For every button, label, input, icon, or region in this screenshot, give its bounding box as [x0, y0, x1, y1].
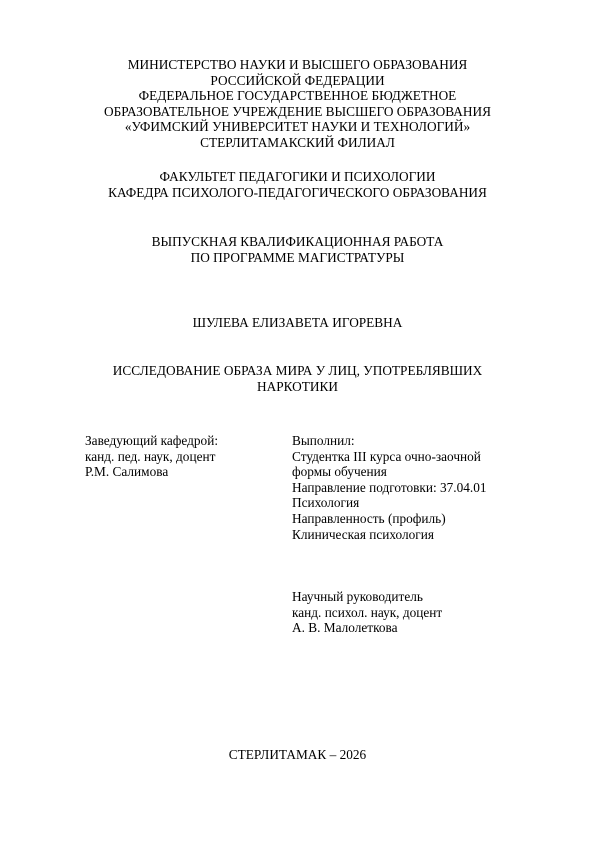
hod-degree: канд. пед. наук, доцент — [85, 449, 218, 465]
head-of-department-block: Заведующий кафедрой: канд. пед. наук, до… — [85, 433, 218, 480]
work-type-line: ПО ПРОГРАММЕ МАГИСТРАТУРЫ — [0, 250, 595, 266]
header-line: МИНИСТЕРСТВО НАУКИ И ВЫСШЕГО ОБРАЗОВАНИЯ — [0, 57, 595, 73]
header-line: «УФИМСКИЙ УНИВЕРСИТЕТ НАУКИ И ТЕХНОЛОГИЙ… — [0, 119, 595, 135]
performed-line: Клиническая психология — [292, 527, 487, 543]
header-line: СТЕРЛИТАМАКСКИЙ ФИЛИАЛ — [0, 135, 595, 151]
author-name: ШУЛЕВА ЕЛИЗАВЕТА ИГОРЕВНА — [0, 315, 595, 331]
city-year-footer: СТЕРЛИТАМАК – 2026 — [0, 747, 595, 763]
faculty-line: ФАКУЛЬТЕТ ПЕДАГОГИКИ И ПСИХОЛОГИИ — [0, 169, 595, 185]
header-line: ФЕДЕРАЛЬНОЕ ГОСУДАРСТВЕННОЕ БЮДЖЕТНОЕ — [0, 88, 595, 104]
title-line: ИССЛЕДОВАНИЕ ОБРАЗА МИРА У ЛИЦ, УПОТРЕБЛ… — [0, 363, 595, 379]
supervisor-label: Научный руководитель — [292, 589, 442, 605]
performed-line: Студентка III курса очно-заочной — [292, 449, 487, 465]
hod-label: Заведующий кафедрой: — [85, 433, 218, 449]
performed-line: Направление подготовки: 37.04.01 — [292, 480, 487, 496]
supervisor-block: Научный руководитель канд. психол. наук,… — [292, 589, 442, 636]
work-type-line: ВЫПУСКНАЯ КВАЛИФИКАЦИОННАЯ РАБОТА — [0, 234, 595, 250]
performed-label: Выполнил: — [292, 433, 487, 449]
performed-line: Направленность (профиль) — [292, 511, 487, 527]
performed-line: Психология — [292, 495, 487, 511]
performed-by-block: Выполнил: Студентка III курса очно-заочн… — [292, 433, 487, 542]
faculty-block: ФАКУЛЬТЕТ ПЕДАГОГИКИ И ПСИХОЛОГИИ КАФЕДР… — [0, 169, 595, 200]
supervisor-name: А. В. Малолеткова — [292, 620, 442, 636]
hod-name: Р.М. Салимова — [85, 464, 218, 480]
header-line: РОССИЙСКОЙ ФЕДЕРАЦИИ — [0, 73, 595, 89]
ministry-header: МИНИСТЕРСТВО НАУКИ И ВЫСШЕГО ОБРАЗОВАНИЯ… — [0, 57, 595, 151]
supervisor-degree: канд. психол. наук, доцент — [292, 605, 442, 621]
department-line: КАФЕДРА ПСИХОЛОГО-ПЕДАГОГИЧЕСКОГО ОБРАЗО… — [0, 185, 595, 201]
thesis-title: ИССЛЕДОВАНИЕ ОБРАЗА МИРА У ЛИЦ, УПОТРЕБЛ… — [0, 363, 595, 394]
performed-line: формы обучения — [292, 464, 487, 480]
header-line: ОБРАЗОВАТЕЛЬНОЕ УЧРЕЖДЕНИЕ ВЫСШЕГО ОБРАЗ… — [0, 104, 595, 120]
work-type-block: ВЫПУСКНАЯ КВАЛИФИКАЦИОННАЯ РАБОТА ПО ПРО… — [0, 234, 595, 265]
title-line: НАРКОТИКИ — [0, 379, 595, 395]
